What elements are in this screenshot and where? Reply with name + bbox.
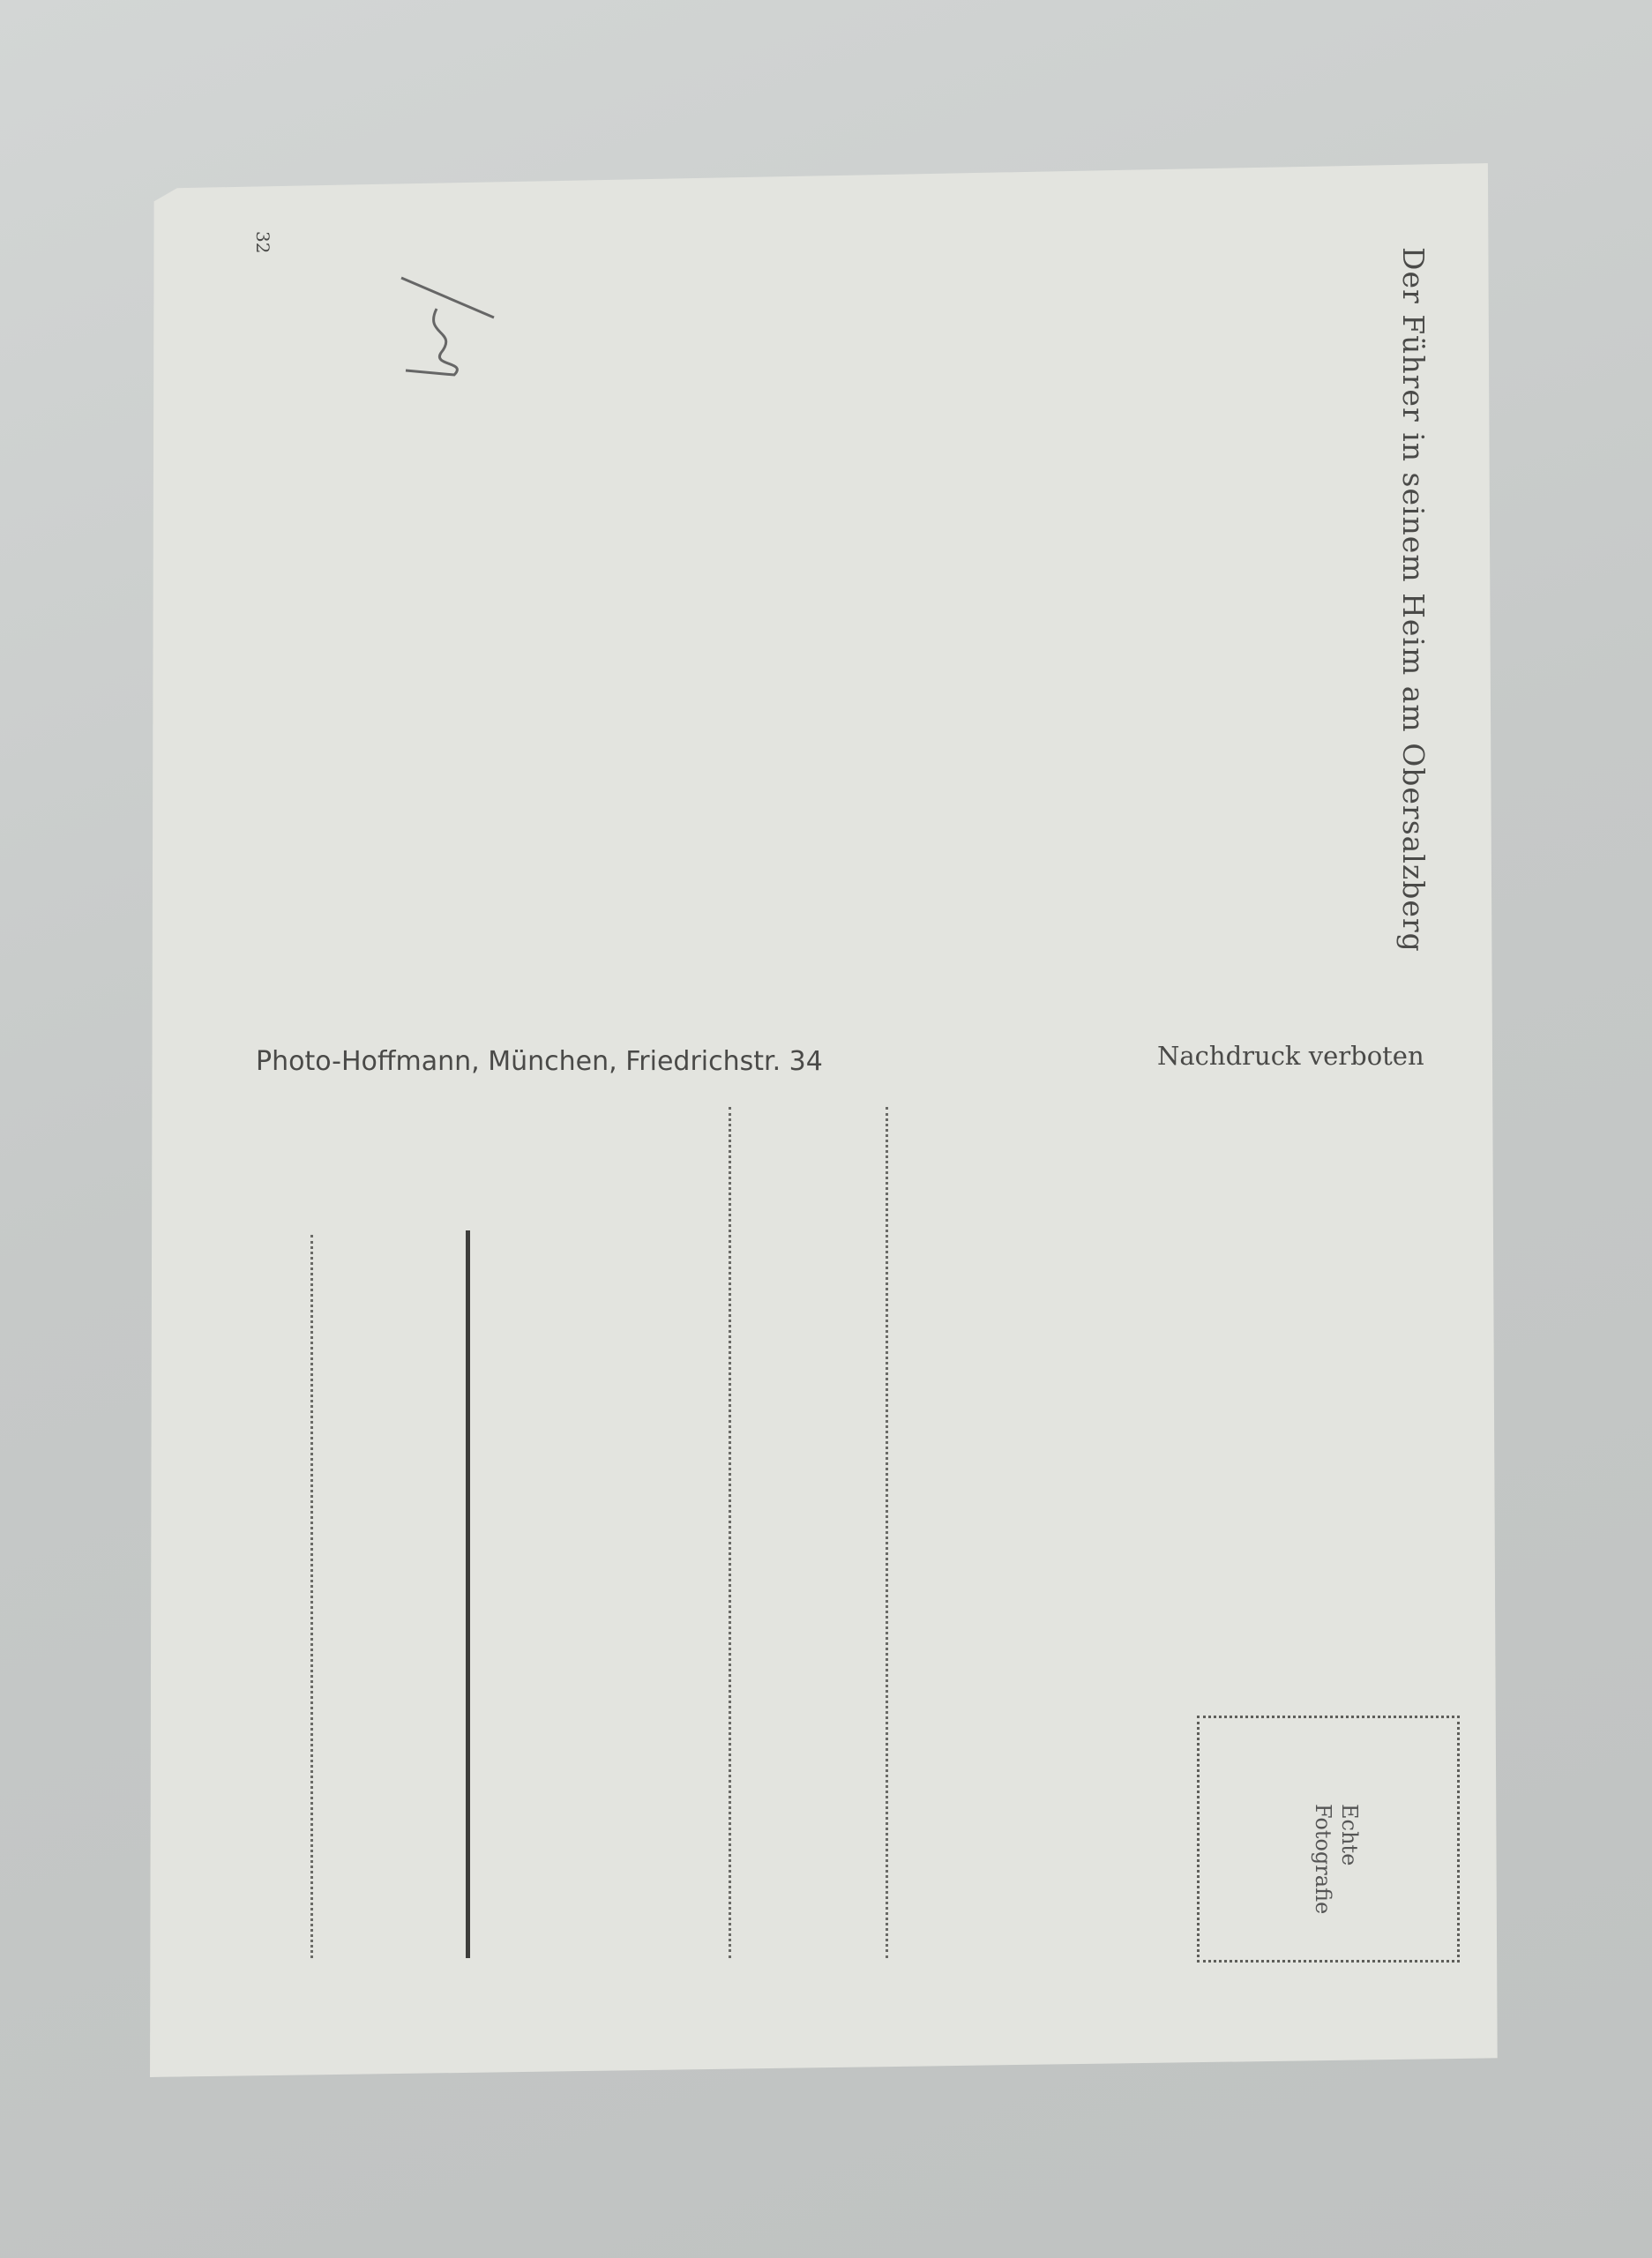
publisher-imprint: Photo-Hoffmann, München, Friedrichstr. 3… [256, 1046, 823, 1077]
divider-line [466, 1230, 470, 1958]
stamp-box-text: Echte Fotografie [1310, 1804, 1363, 1914]
caption: Der Führer in seinem Heim am Obersalzber… [1396, 247, 1431, 953]
pencil-scribble-icon [388, 247, 503, 379]
serial-number: 32 [252, 231, 273, 253]
address-line-3 [886, 1107, 888, 1958]
address-line-1 [310, 1235, 313, 1958]
address-line-2 [729, 1107, 731, 1958]
copyright-notice: Nachdruck verboten [1157, 1041, 1424, 1071]
